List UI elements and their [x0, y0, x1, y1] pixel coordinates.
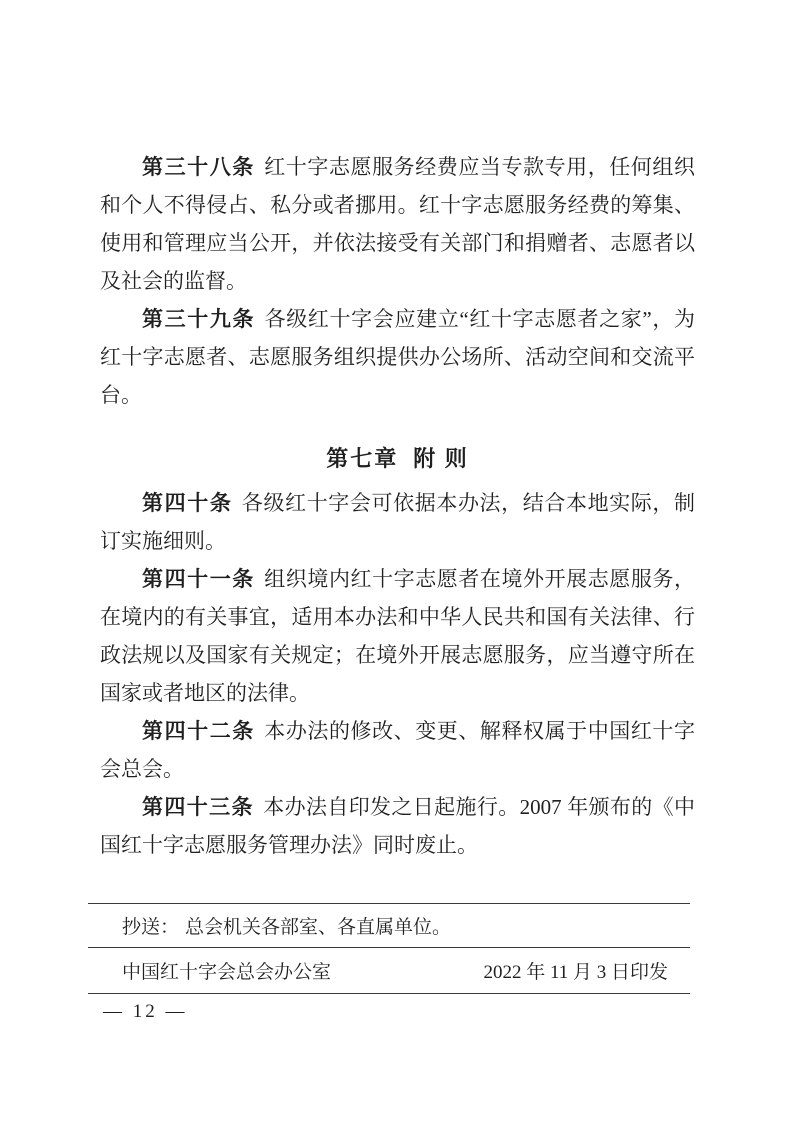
issuing-office: 中国红十字会总会办公室 — [122, 957, 331, 984]
cc-label: 抄送： — [122, 912, 179, 939]
document-body: 第三十八条红十字志愿服务经费应当专款专用，任何组织和个人不得侵占、私分或者挪用。… — [100, 148, 695, 864]
article-number: 第四十二条 — [142, 719, 255, 743]
article-paragraph: 第三十九条各级红十字会应建立“红十字志愿者之家”，为红十字志愿者、志愿服务组织提… — [100, 300, 695, 414]
issuer-line: 中国红十字会总会办公室 2022 年 11 月 3 日印发 — [88, 948, 690, 993]
article-paragraph: 第四十二条本办法的修改、变更、解释权属于中国红十字会总会。 — [100, 712, 695, 788]
article-paragraph: 第四十三条本办法自印发之日起施行。2007 年颁布的《中国红十字志愿服务管理办法… — [100, 788, 695, 864]
article-number: 第四十条 — [142, 491, 232, 515]
cc-recipients: 总会机关各部室、各直属单位。 — [185, 912, 451, 939]
article-number: 第四十三条 — [142, 795, 254, 819]
document-page: 第三十八条红十字志愿服务经费应当专款专用，任何组织和个人不得侵占、私分或者挪用。… — [0, 0, 794, 1123]
document-footer: 抄送： 总会机关各部室、各直属单位。 中国红十字会总会办公室 2022 年 11… — [88, 903, 690, 994]
article-number: 第三十八条 — [142, 155, 255, 179]
issue-date: 2022 年 11 月 3 日印发 — [483, 957, 668, 984]
divider-line — [88, 993, 690, 994]
cc-line: 抄送： 总会机关各部室、各直属单位。 — [88, 904, 690, 947]
article-number: 第四十一条 — [142, 567, 255, 591]
page-number: — 12 — — [103, 998, 188, 1026]
article-number: 第三十九条 — [142, 307, 255, 331]
article-paragraph: 第四十一条组织境内红十字志愿者在境外开展志愿服务，在境内的有关事宜，适用本办法和… — [100, 560, 695, 712]
article-paragraph: 第四十条各级红十字会可依据本办法，结合本地实际，制订实施细则。 — [100, 484, 695, 560]
chapter-heading: 第七章 附 则 — [100, 440, 695, 478]
article-paragraph: 第三十八条红十字志愿服务经费应当专款专用，任何组织和个人不得侵占、私分或者挪用。… — [100, 148, 695, 300]
